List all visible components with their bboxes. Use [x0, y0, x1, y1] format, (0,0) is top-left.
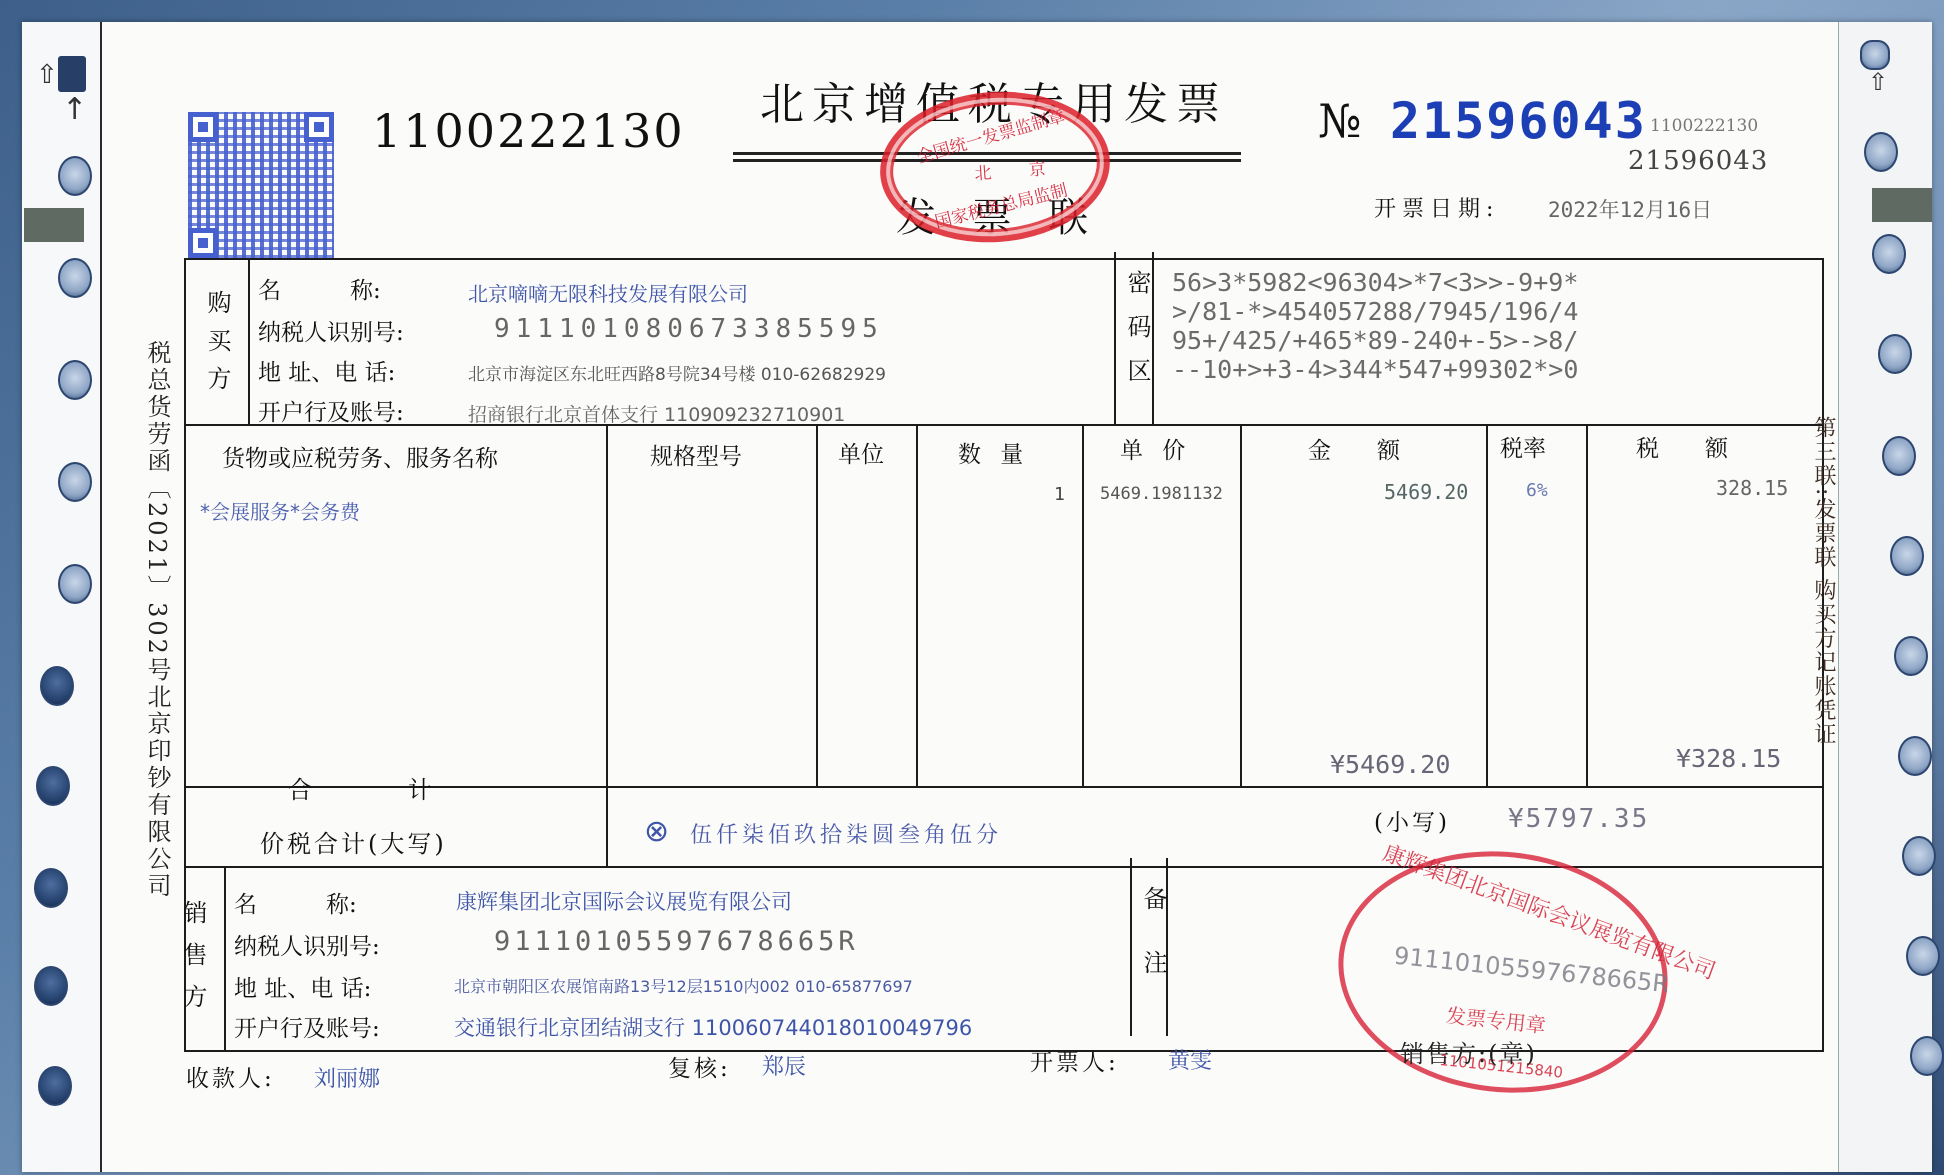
- reviewer-label: 复核:: [668, 1050, 731, 1083]
- qr-code: [188, 112, 334, 258]
- col-header-amount: 金 额: [1308, 432, 1400, 465]
- cipher-line: 56>3*5982<96304>*7<3>>-9+9*: [1172, 268, 1578, 297]
- total-amount: ¥5469.20: [1330, 750, 1450, 779]
- remarks-label: 备注: [1136, 886, 1171, 1014]
- buyer-section-label: 购买方: [200, 290, 235, 404]
- tractor-hole: [58, 156, 92, 196]
- item-quantity: 1: [1054, 484, 1065, 505]
- buyer-bank-value: 招商银行北京首体支行 110909232710901: [468, 400, 845, 427]
- up-arrow-icon: ⇧: [1868, 68, 1888, 96]
- seller-bank-value: 交通银行北京团结湖支行 110060744018010049796: [454, 1012, 972, 1042]
- divider: [248, 260, 250, 426]
- buyer-name-value: 北京嘀嘀无限科技发展有限公司: [468, 278, 748, 307]
- seller-name-label: 名 称:: [234, 886, 357, 919]
- stamp-text-bottom: 国家税务总局监制: [932, 176, 1070, 233]
- tractor-hole: [1872, 234, 1906, 274]
- grand-total-upper-label: 价税合计(大写): [260, 824, 447, 859]
- tractor-hole: [1860, 40, 1890, 70]
- cipher-line: >/81-*>454057288/7945/196/4: [1172, 297, 1578, 326]
- grand-total-upper-amount: 伍仟柒佰玖拾柒圆叁角伍分: [690, 818, 1002, 849]
- tractor-hole: [1864, 132, 1898, 172]
- divider: [1130, 858, 1132, 1036]
- buyer-bank-label: 开户行及账号:: [258, 394, 404, 427]
- cipher-text: 56>3*5982<96304>*7<3>>-9+9*>/81-*>454057…: [1172, 268, 1578, 384]
- col-header-quantity: 数 量: [958, 436, 1029, 469]
- alignment-mark: [58, 56, 86, 92]
- buyer-taxid-label: 纳税人识别号:: [258, 314, 404, 347]
- grand-total-lower-amount: ¥5797.35: [1508, 804, 1649, 834]
- tractor-hole: [1890, 536, 1924, 576]
- buyer-address-value: 北京市海淀区东北旺西路8号院34号楼 010-62682929: [468, 360, 886, 385]
- total-tax: ¥328.15: [1676, 744, 1781, 773]
- seller-taxid-value: 91110105597678665R: [494, 926, 859, 957]
- up-arrow-icon: ↑: [62, 92, 87, 127]
- invoice-code: 1100222130: [372, 104, 685, 158]
- tractor-hole: [38, 1066, 72, 1106]
- invoice-number: 21596043: [1390, 92, 1647, 150]
- seller-seal-label: 销售方:(章): [1400, 1034, 1537, 1069]
- item-tax-rate: 6%: [1526, 480, 1548, 501]
- tractor-hole: [1902, 836, 1936, 876]
- item-tax: 328.15: [1716, 476, 1788, 500]
- col-header-unit: 单位: [838, 436, 884, 469]
- cipher-line: 95+/425/+465*89-240+-5>->8/: [1172, 326, 1578, 355]
- payee-name: 刘丽娜: [314, 1062, 380, 1093]
- tractor-hole: [1894, 636, 1928, 676]
- tractor-hole: [36, 766, 70, 806]
- col-header-item-name: 货物或应税劳务、服务名称: [222, 440, 498, 473]
- tractor-hole: [58, 258, 92, 298]
- divider: [816, 426, 818, 788]
- issuer-name: 黄雯: [1168, 1044, 1212, 1075]
- divider: [606, 426, 608, 788]
- divider: [224, 868, 226, 1052]
- qr-finder: [304, 112, 334, 142]
- seller-name-value: 康辉集团北京国际会议展览有限公司: [456, 886, 792, 916]
- seller-taxid-label: 纳税人识别号:: [234, 928, 380, 961]
- issue-date-value: 2022年12月16日: [1548, 194, 1712, 224]
- seller-address-value: 北京市朝阳区农展馆南路13号12层1510内002 010-65877697: [454, 974, 913, 997]
- qr-finder: [188, 112, 218, 142]
- qr-finder: [188, 228, 218, 258]
- buyer-name-label: 名 称:: [258, 272, 381, 305]
- payee-label: 收款人:: [186, 1060, 275, 1093]
- tractor-hole: [58, 564, 92, 604]
- item-unit-price: 5469.1981132: [1100, 484, 1223, 504]
- divider: [184, 424, 1824, 426]
- divider: [1240, 426, 1242, 788]
- seller-section-label: 销售方: [176, 900, 211, 1026]
- buyer-taxid-value: 911101080673385595: [494, 314, 884, 344]
- col-header-spec: 规格型号: [650, 438, 742, 471]
- cipher-line: --10+>+3-4>344*547+99302*>0: [1172, 355, 1578, 384]
- col-header-tax: 税 额: [1636, 430, 1728, 463]
- printer-note: 税总货劳函〔2021〕302号北京印钞有限公司: [140, 340, 175, 900]
- alignment-tab: [1872, 188, 1932, 222]
- tractor-hole: [1878, 334, 1912, 374]
- tractor-hole: [34, 868, 68, 908]
- up-arrow-icon: ⇧: [36, 60, 58, 90]
- invoice-code-small: 1100222130: [1650, 116, 1758, 136]
- seller-bank-label: 开户行及账号:: [234, 1010, 380, 1043]
- invoice-number-small: 21596043: [1628, 146, 1768, 176]
- divider: [1486, 426, 1488, 788]
- tractor-hole: [40, 666, 74, 706]
- circle-x-icon: ⊗: [644, 814, 669, 849]
- seller-address-label: 地 址、电 话:: [234, 970, 371, 1003]
- col-header-unit-price: 单 价: [1120, 432, 1191, 465]
- item-amount: 5469.20: [1384, 480, 1468, 504]
- issuer-label: 开票人:: [1030, 1044, 1119, 1077]
- tractor-hole: [58, 462, 92, 502]
- divider: [606, 788, 608, 868]
- tractor-hole: [58, 360, 92, 400]
- divider: [1114, 252, 1116, 426]
- number-symbol: №: [1318, 94, 1362, 148]
- tractor-hole: [1910, 1036, 1944, 1076]
- item-name: *会展服务*会务费: [200, 496, 360, 525]
- tractor-hole: [1882, 436, 1916, 476]
- tractor-hole: [1906, 936, 1940, 976]
- alignment-tab: [24, 208, 84, 242]
- divider: [1586, 426, 1588, 788]
- buyer-address-label: 地 址、电 话:: [258, 354, 395, 387]
- divider: [1082, 426, 1084, 788]
- reviewer-name: 郑辰: [762, 1050, 806, 1081]
- total-label: 合 计: [288, 770, 432, 805]
- tractor-hole: [1898, 736, 1932, 776]
- col-header-tax-rate: 税率: [1500, 430, 1546, 463]
- cipher-area-label: 密码区: [1120, 270, 1155, 402]
- divider: [916, 426, 918, 788]
- issue-date-label: 开票日期:: [1374, 192, 1499, 223]
- grand-total-lower-label: (小写): [1374, 804, 1450, 837]
- tractor-hole: [34, 966, 68, 1006]
- seal-type: 发票专用章: [1445, 999, 1547, 1038]
- copy-purpose-note: 第三联:发票联 购买方记账凭证: [1812, 416, 1834, 746]
